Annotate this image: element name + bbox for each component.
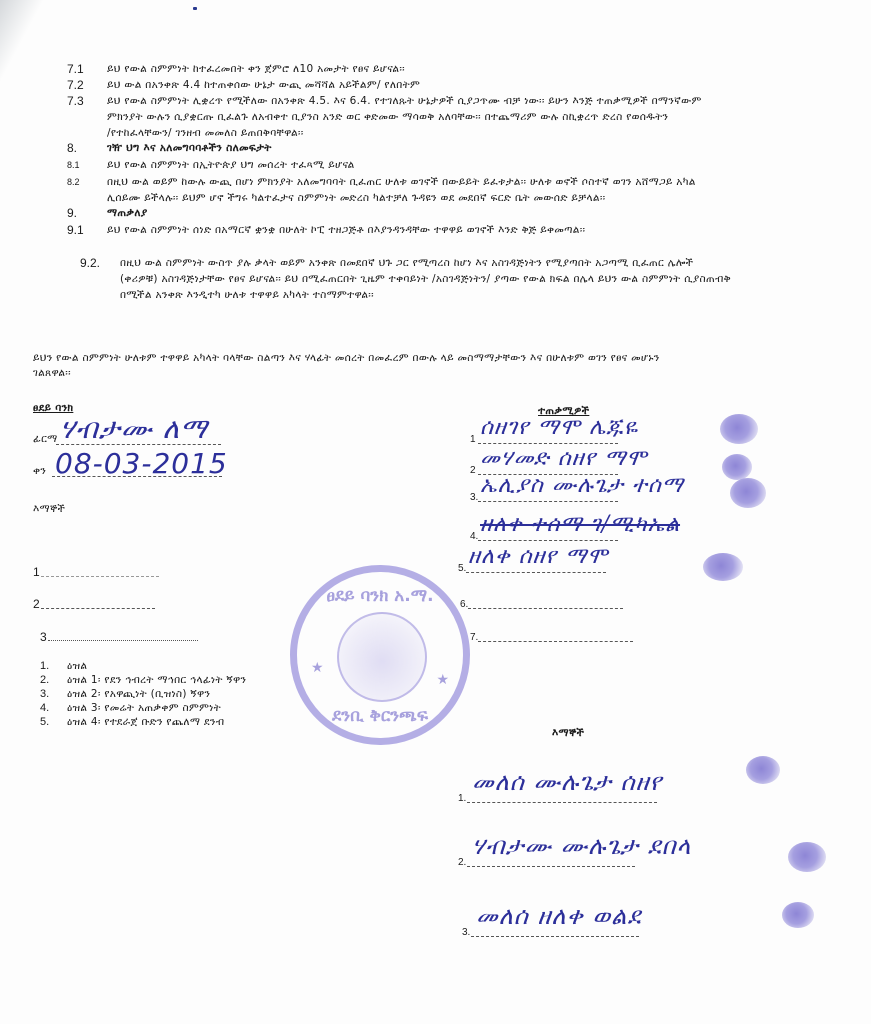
- beneficiary-signature: መሃመድ ሰዘየ ማሞ: [480, 446, 648, 471]
- bank-witness-num-2: 2: [33, 598, 40, 611]
- clause-text-line: ምክንያት ውሉን ሲያቋርጡ ቢፈልጉ ለአብቀተ ቢያንስ አንድ ወር ቀ…: [107, 111, 668, 124]
- clause-number: 9.1: [67, 224, 84, 237]
- clause-number: 7.2: [67, 79, 84, 92]
- beneficiary-signature: ዘለቀ ሰዘየ ማሞ: [468, 544, 609, 569]
- stamp-star-icon: ★: [311, 660, 324, 676]
- witness-signature: ሃብታሙ ሙሉጌታ ደበላ: [472, 832, 691, 860]
- bank-witness-line-2: [41, 608, 155, 609]
- bank-date-value: 08-03-2015: [55, 447, 228, 480]
- clause-text-line: ገዥ ህግ እና አለመግባባቶችን ስለመፍታት: [107, 142, 272, 155]
- witness-signature: መለሰ ዘለቀ ወልደ: [476, 902, 641, 930]
- beneficiary-signature-line: [478, 641, 633, 642]
- beneficiary-number: 3.: [470, 491, 478, 504]
- beneficiary-signature-line: [466, 572, 606, 573]
- attachment-item: ዕዝል 4፡ የተደራጀ ቡድን የጨለማ ደንብ: [67, 716, 224, 729]
- beneficiary-signature: ኤሊያስ ሙሉጌታ ተሰማ: [480, 473, 684, 498]
- stamp-emblem: [337, 612, 427, 702]
- thumbprint: [782, 902, 814, 928]
- clause-number: 7.3: [67, 95, 84, 108]
- attachment-number: 3.: [40, 688, 49, 701]
- beneficiary-signature: ሰዘገየ ማሞ ሌጁዬ: [480, 415, 638, 440]
- stamp-top-text: ፀደይ ባንክ አ.ማ.: [297, 586, 463, 606]
- bank-witness-line-3: [48, 640, 198, 641]
- clause-text-line: ይህ የውል ስምምነት በኢትዮጵያ ህግ መሰረት ተፈጻሚ ይሆናል: [107, 159, 355, 172]
- beneficiary-signature-line: [478, 443, 618, 444]
- witness-number: 1.: [458, 792, 466, 805]
- witness-signature-line: [471, 936, 639, 937]
- clause-text-line: /የተከፈላቸውን/ ገንዘብ መመለስ ይጠበቅባቸዋል፡፡: [107, 127, 303, 140]
- clause-number: 8.: [67, 142, 77, 155]
- thumbprint: [703, 553, 743, 581]
- attachment-number: 1.: [40, 660, 49, 673]
- stamp-star-icon: ★: [436, 672, 449, 688]
- bank-witness-num-1: 1: [33, 566, 40, 579]
- clause-number: 7.1: [67, 63, 84, 76]
- bank-signature: ሃብታሙ ለማ: [60, 412, 208, 446]
- page-fold-shadow: [0, 0, 47, 106]
- witness-number: 3.: [462, 926, 470, 939]
- beneficiary-number: 2: [470, 464, 476, 477]
- clause-number: 9.2.: [80, 257, 100, 270]
- witness-signature-line: [467, 866, 635, 867]
- attachment-number: 5.: [40, 716, 49, 729]
- beneficiary-signature: ዘለቀ ተሰማ ገ/ሚካኤል: [480, 512, 680, 537]
- witness-number: 2.: [458, 856, 466, 869]
- witness-signature: መለሰ ሙሉጌታ ሰዘየ: [472, 768, 662, 796]
- beneficiary-signature-line: [478, 540, 618, 541]
- clause-text-line: ይህ የውል ስምምነት ሰነድ በአማርኛ ቋንቋ በሁለት ኮፒ ተዘጋጅቶ…: [107, 224, 585, 237]
- thumbprint: [720, 414, 758, 444]
- thumbprint: [722, 454, 752, 480]
- bank-date-label: ቀን: [33, 465, 46, 478]
- bank-stamp: ፀደይ ባንክ አ.ማ. ★ ★ ደንቢ ቅርንጫፍ: [290, 565, 470, 745]
- bank-witness-line-1: [41, 576, 159, 577]
- beneficiary-number: 6.: [460, 598, 468, 611]
- clause-text-line: (ቀሪዎቹ) አስገዳጅነታቸው የፀና ይሆናል፡፡ ይህ በሚፈጠርበት ጊ…: [120, 273, 731, 286]
- beneficiary-number: 4.: [470, 530, 478, 543]
- witness-signature-line: [467, 802, 657, 803]
- clause-text-line: ሊሰይሙ ይችላሉ፡፡ ይህም ሆኖ ችግሩ ካልተፈታና ስምምነት መድረስ…: [107, 192, 605, 205]
- clause-number: 8.1: [67, 159, 80, 172]
- attachment-item: ዕዝል 3፡ የመሬት አጠቃቀም ስምምነት: [67, 702, 221, 715]
- clause-number: 9.: [67, 207, 77, 220]
- beneficiary-number: 7.: [470, 631, 478, 644]
- clause-text-line: በዚህ ውል ወይም ከውሉ ውጪ በሆነ ምክንያት አለመግባባት ቢፈጠር…: [107, 176, 696, 189]
- thumbprint: [746, 756, 780, 784]
- beneficiary-number: 1: [470, 433, 476, 446]
- attachment-item: ዕዝል 1፡ የደን ኅብረት ማኅበር ኅላፊነት ኝዋን: [67, 674, 246, 687]
- bank-signature-label: ፊርማ: [33, 433, 58, 446]
- attachment-number: 2.: [40, 674, 49, 687]
- clause-text-line: ይህ ውል በአንቀጽ 4.4 ከተጠቀሰው ሁኔታ ውጪ መሻሻል አይችልም…: [107, 79, 420, 92]
- ink-speck: [193, 7, 197, 10]
- clause-text-line: ማጠቃለያ: [107, 207, 148, 220]
- attachment-number: 4.: [40, 702, 49, 715]
- clause-text-line: በዚህ ውል ስምምነት ውስጥ ያሉ ቃላት ወይም አንቀጽ በመደበኛ ህ…: [120, 257, 693, 270]
- attachment-item: ዕዝል: [67, 660, 87, 673]
- clause-text-line: በሚችል አንቀጽ እንዲተካ ሁለቱ ተዋዋይ አካላት ተስማምተዋል፡፡: [120, 289, 374, 302]
- clause-text-line: ይህ የውል ስምምነት ሊቋረጥ የሚችለው በአንቀጽ 4.5. እና 6.…: [107, 95, 702, 108]
- clause-number: 8.2: [67, 176, 80, 189]
- closing-statement-line-1: ይህን የውል ስምምነት ሁለቱም ተዋዋይ አካላት ባላቸው ስልጣን እ…: [33, 352, 660, 365]
- thumbprint: [730, 478, 766, 508]
- clause-text-line: ይህ የውል ስምምነት ከተፈረመበት ቀን ጀምሮ ለ10 አመታት የፀና…: [107, 63, 405, 76]
- attachment-item: ዕዝል 2፡ የአዋጪነት (ቢዝነስ) ኝዋን: [67, 688, 210, 701]
- witnesses-heading: እማኞች: [552, 727, 584, 740]
- closing-statement-line-2: ገልጸዋል፡፡: [33, 367, 71, 380]
- bank-witnesses-heading: እማኞች: [33, 503, 65, 516]
- beneficiary-signature-line: [478, 501, 618, 502]
- beneficiary-number: 5.: [458, 562, 466, 575]
- stamp-bottom-text: ደንቢ ቅርንጫፍ: [297, 706, 463, 726]
- bank-witness-num-3: 3: [40, 631, 47, 644]
- thumbprint: [788, 842, 826, 872]
- beneficiary-signature-line: [468, 608, 623, 609]
